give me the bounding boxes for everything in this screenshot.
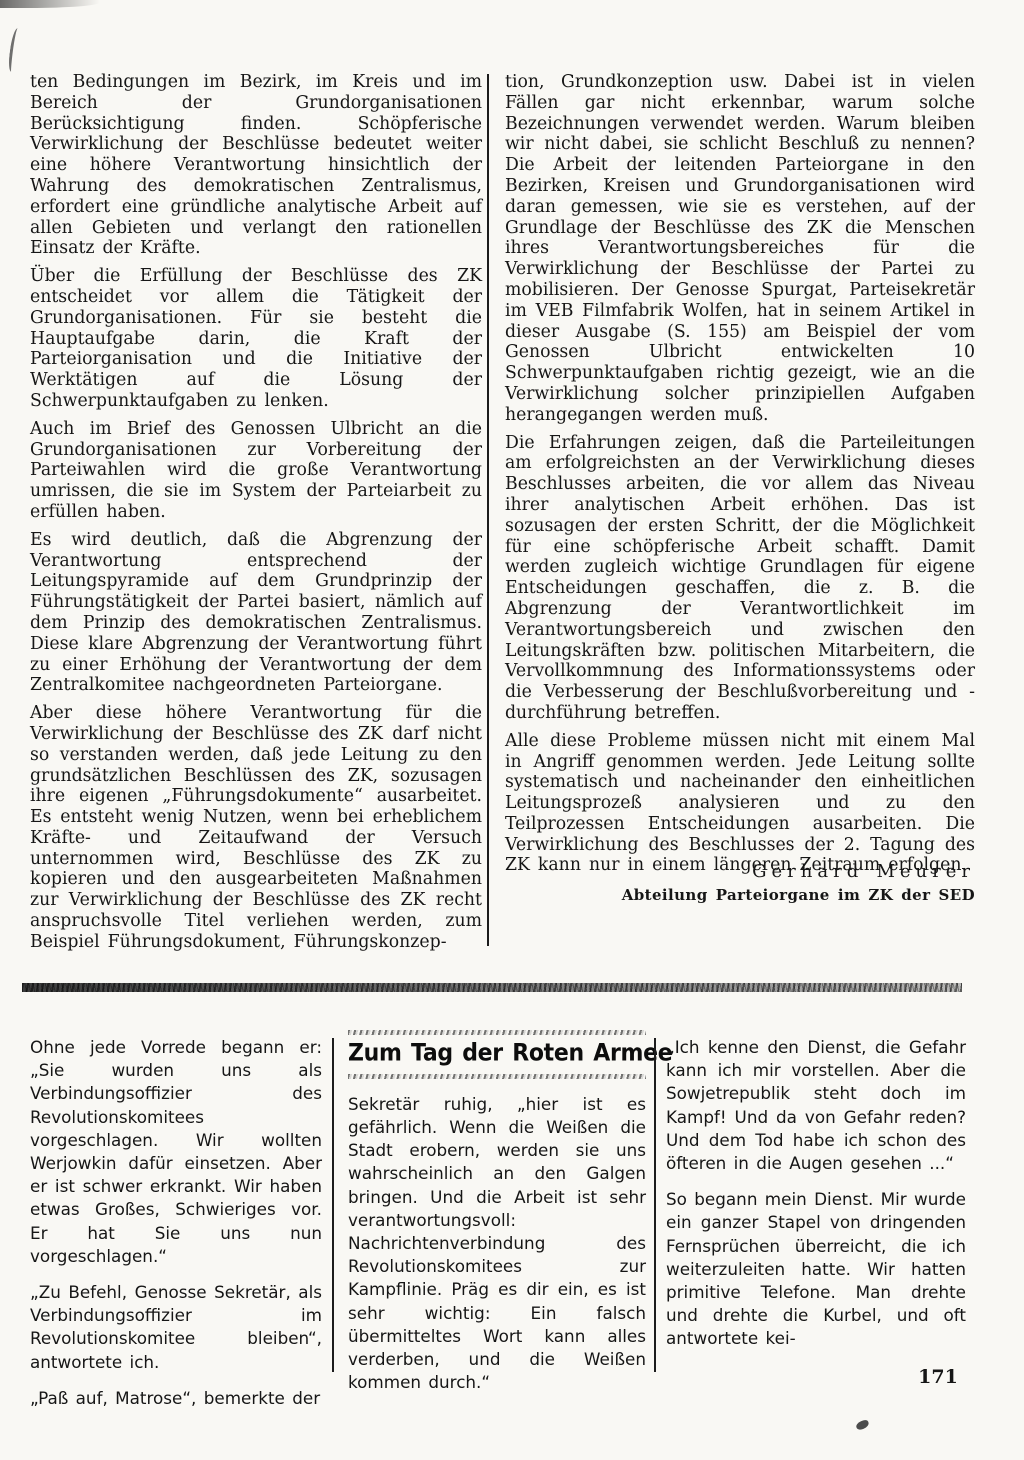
article-paragraph: Die Erfahrungen zeigen, daß die Parteile… — [505, 433, 975, 724]
author-affiliation: Abteilung Parteiorgane im ZK der SED — [505, 885, 975, 906]
story-paragraph: Sekretär ruhig, „hier ist es gefährlich.… — [348, 1093, 646, 1395]
story-paragraph: „Paß auf, Matrose“, bemerkte der — [30, 1387, 322, 1410]
scan-smudge-top-left — [0, 0, 100, 8]
scan-mark-left-edge — [7, 28, 21, 73]
magazine-page: ten Bedingungen im Bezirk, im Kreis und … — [0, 0, 1024, 1460]
story-paragraph: Ohne jede Vorrede begann er: „Sie wurden… — [30, 1036, 322, 1268]
headline-rule-bottom — [348, 1074, 646, 1079]
section-divider-band — [22, 983, 962, 992]
article-paragraph: Alle diese Probleme müssen nicht mit ein… — [505, 731, 975, 877]
article-paragraph: Es wird deutlich, daß die Abgrenzung der… — [30, 530, 482, 696]
story-column-1: Ohne jede Vorrede begann er: „Sie wurden… — [30, 1036, 322, 1423]
story-headline: Zum Tag der Roten Armee — [348, 1038, 646, 1070]
story-headline-box: Zum Tag der Roten Armee — [348, 1030, 646, 1079]
article-column-right: tion, Grundkonzeption usw. Dabei ist in … — [505, 72, 975, 906]
column-divider-rule — [654, 1038, 656, 1372]
article-column-left: ten Bedingungen im Bezirk, im Kreis und … — [30, 72, 482, 953]
story-column-2: Zum Tag der Roten Armee Sekretär ruhig, … — [348, 1030, 646, 1407]
article-paragraph: tion, Grundkonzeption usw. Dabei ist in … — [505, 72, 975, 426]
page-number: 171 — [908, 1366, 968, 1388]
story-paragraph: So begann mein Dienst. Mir wurde ein gan… — [666, 1188, 966, 1350]
article-paragraph: ten Bedingungen im Bezirk, im Kreis und … — [30, 72, 482, 259]
article-paragraph: Auch im Brief des Genossen Ulbricht an d… — [30, 419, 482, 523]
article-paragraph: Aber diese höhere Verantwortung für die … — [30, 703, 482, 953]
scan-blot-bottom-right — [855, 1419, 870, 1431]
column-divider-rule — [487, 74, 489, 946]
headline-rule-top — [348, 1030, 646, 1035]
story-column-3: „Ich kenne den Dienst, die Gefahr kann i… — [666, 1036, 966, 1364]
story-paragraph: „Zu Befehl, Genosse Sekretär, als Verbin… — [30, 1281, 322, 1374]
column-divider-rule — [332, 1038, 334, 1372]
article-paragraph: Über die Erfüllung der Beschlüsse des ZK… — [30, 266, 482, 412]
story-paragraph: „Ich kenne den Dienst, die Gefahr kann i… — [666, 1036, 966, 1175]
